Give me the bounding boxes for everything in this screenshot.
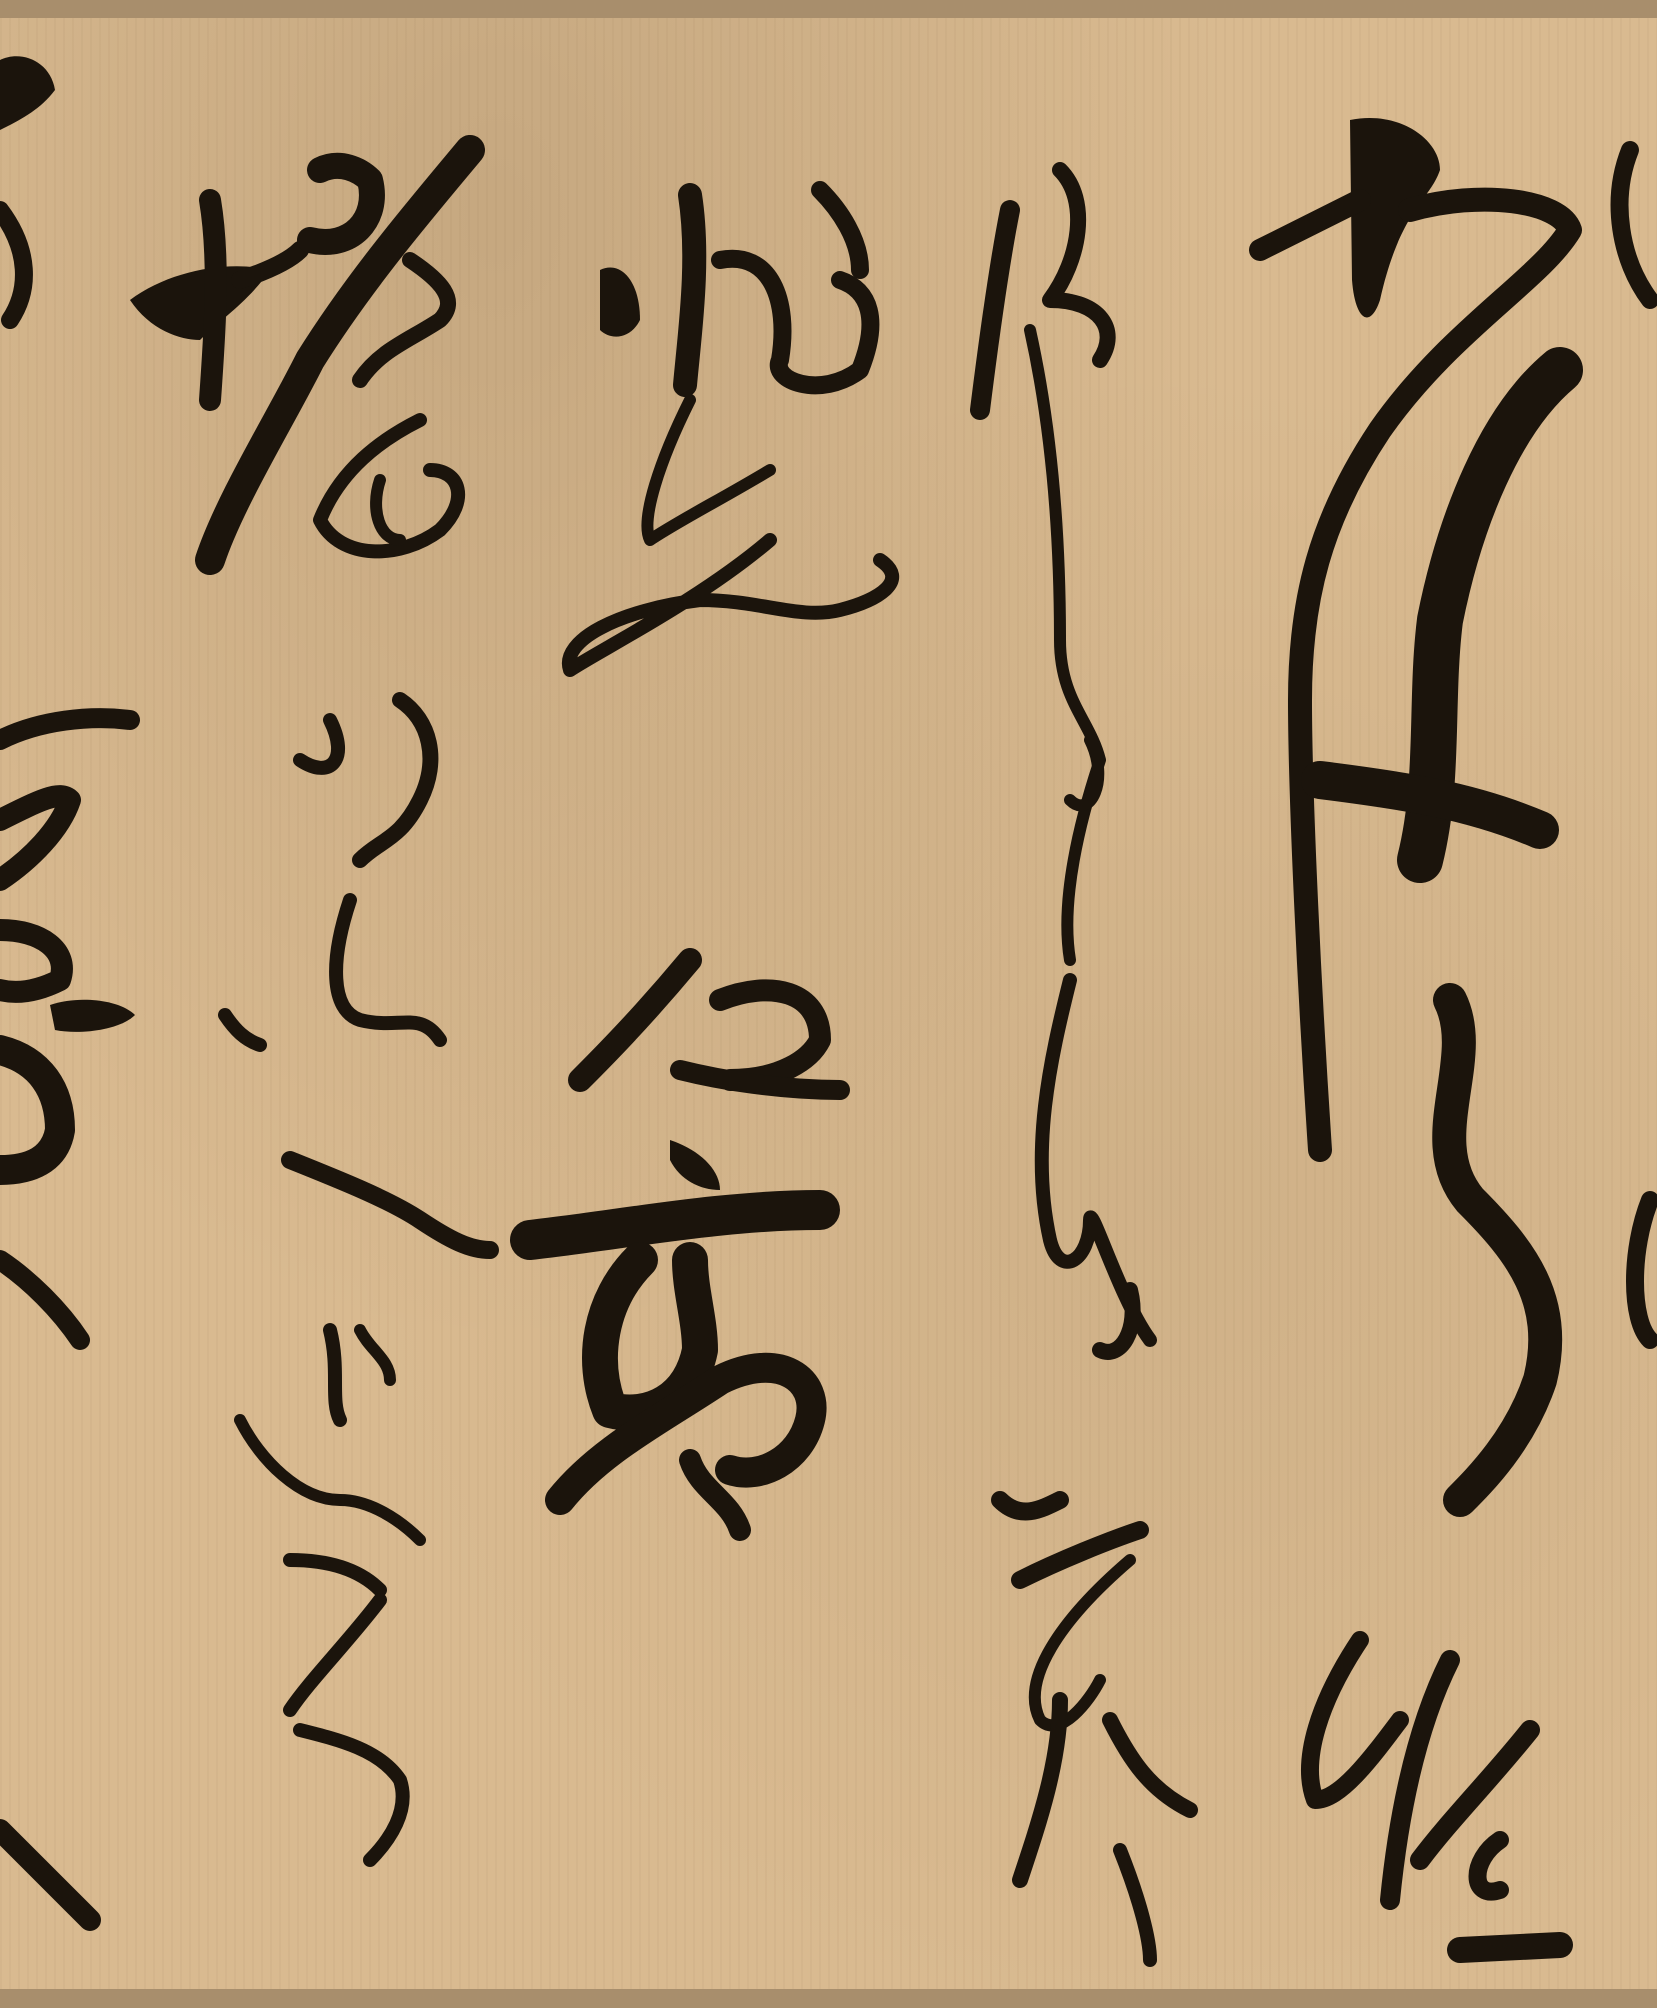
column-2-right (1310, 1640, 1560, 1950)
column-3-center-right (980, 170, 1190, 1960)
ink-strokes (0, 0, 1657, 2008)
column-5-center-left (130, 150, 490, 1860)
column-1-far-right (1260, 118, 1650, 1500)
column-4-center (530, 190, 892, 1530)
calligraphy-scroll (0, 0, 1657, 2008)
